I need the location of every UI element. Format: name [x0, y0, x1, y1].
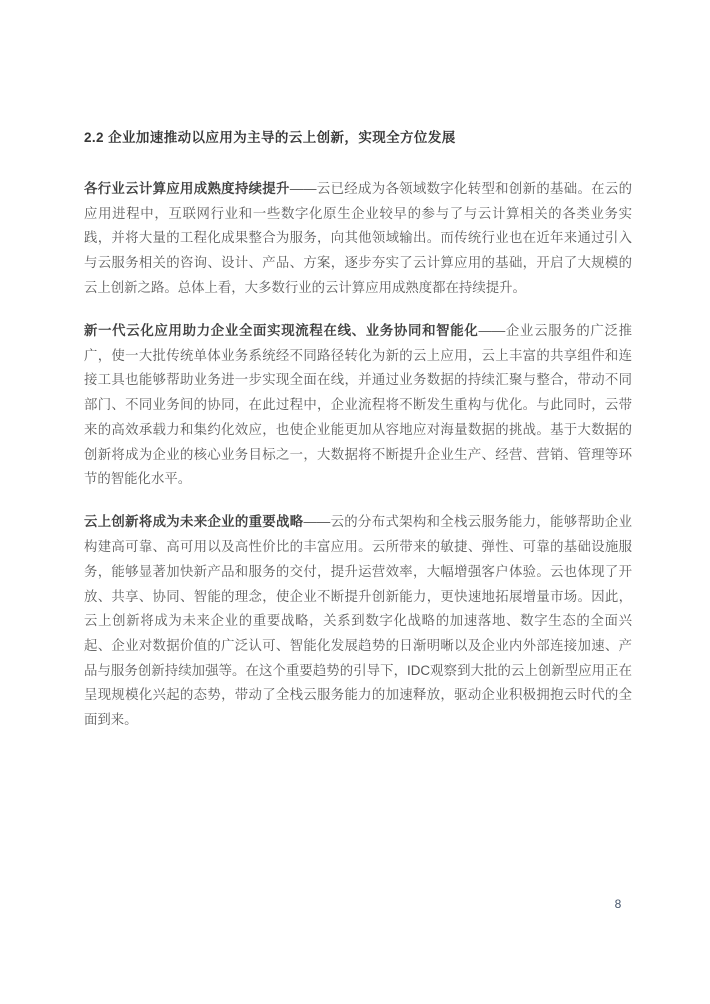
paragraph-cloud-apps: 新一代云化应用助力企业全面实现流程在线、业务协同和智能化——企业云服务的广泛推广… [84, 319, 632, 492]
em-dash: —— [303, 514, 330, 529]
section-heading: 2.2 企业加速推动以应用为主导的云上创新，实现全方位发展 [84, 128, 632, 148]
paragraph-body: 企业云服务的广泛推广，使一大批传统单体业务系统经不同路径转化为新的云上应用，云上… [84, 323, 632, 486]
paragraph-body: 云的分布式架构和全栈云服务能力，能够帮助企业构建高可靠、高可用以及高性价比的丰富… [84, 514, 632, 727]
page-number: 8 [611, 897, 625, 911]
document-page: 2.2 企业加速推动以应用为主导的云上创新，实现全方位发展 各行业云计算应用成熟… [0, 0, 710, 1004]
paragraph-cloud-maturity: 各行业云计算应用成熟度持续提升——云已经成为各领域数字化转型和创新的基础。在云的… [84, 177, 632, 301]
em-dash: —— [290, 181, 317, 196]
paragraph-cloud-strategy: 云上创新将成为未来企业的重要战略——云的分布式架构和全栈云服务能力，能够帮助企业… [84, 510, 632, 732]
paragraph-body: 云已经成为各领域数字化转型和创新的基础。在云的应用进程中，互联网行业和一些数字化… [84, 181, 632, 295]
paragraph-lead: 云上创新将成为未来企业的重要战略 [84, 514, 303, 529]
em-dash: —— [478, 323, 505, 338]
paragraph-lead: 新一代云化应用助力企业全面实现流程在线、业务协同和智能化 [84, 323, 478, 338]
page-content: 2.2 企业加速推动以应用为主导的云上创新，实现全方位发展 各行业云计算应用成熟… [84, 128, 632, 751]
paragraph-lead: 各行业云计算应用成熟度持续提升 [84, 181, 290, 196]
